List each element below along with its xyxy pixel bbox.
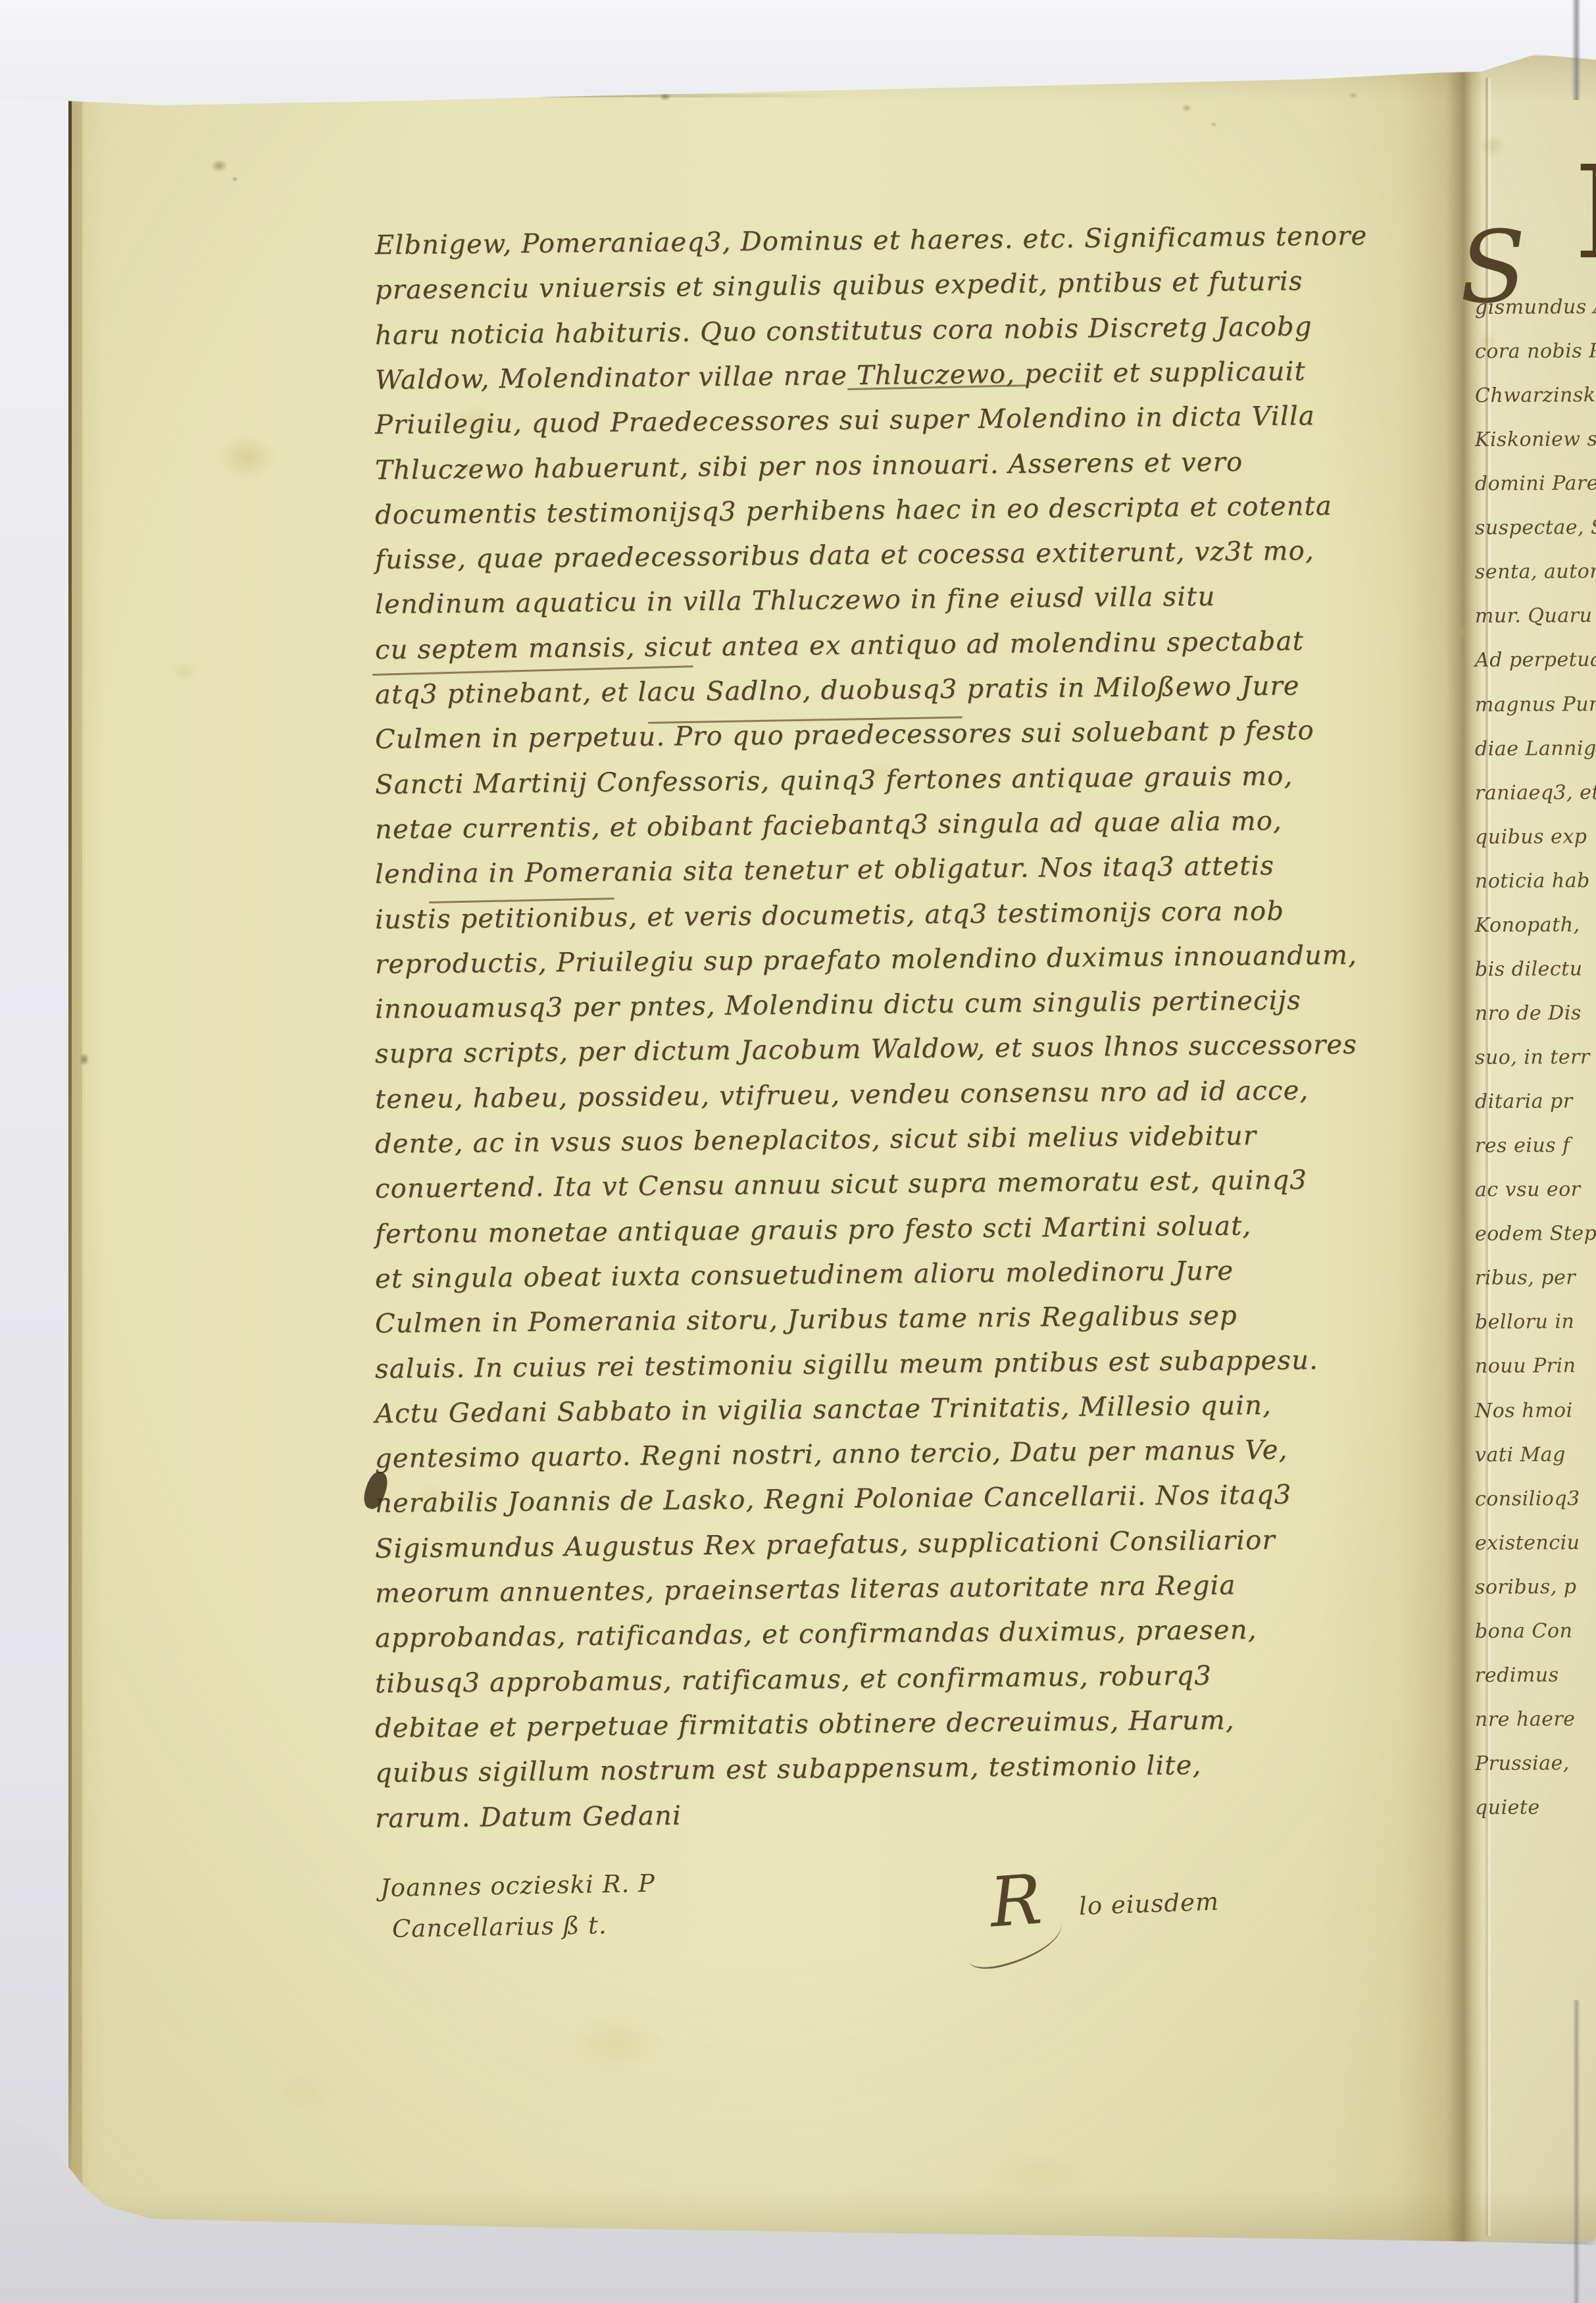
right-page-line: magnus Pur: [1475, 693, 1596, 717]
paper-stain: [566, 2013, 664, 2073]
right-page-line: belloru in: [1475, 1311, 1575, 1334]
page-holder-cord-bottom: [1573, 2000, 1580, 2303]
paper-stain: [1479, 135, 1505, 157]
right-page-line: cora nobis P: [1475, 340, 1596, 363]
paper-stain: [1182, 104, 1192, 112]
right-page-line: suspectae, Su: [1475, 516, 1596, 540]
manuscript-photo: Elbnigew, Pomeraniaeq3, Dominus et haere…: [0, 0, 1596, 2303]
right-page-line: quiete: [1475, 1796, 1540, 1820]
paper-stain: [232, 176, 238, 182]
right-page-initial-letter: S: [1457, 209, 1529, 326]
manuscript-line: rarum. Datum Gedani: [375, 1800, 682, 1833]
right-page-line: redimus: [1475, 1663, 1559, 1687]
paper-stain: [1210, 122, 1217, 127]
paper-stain: [211, 159, 228, 172]
chancellor-signature-title: Cancellarius ß t.: [392, 1911, 607, 1943]
paper-stain: [987, 2152, 1092, 2198]
right-page-line: bona Con: [1475, 1619, 1573, 1643]
right-page-line: nro de Dis: [1475, 1001, 1582, 1025]
right-page-line: ditaria pr: [1475, 1090, 1573, 1113]
right-page-line: noticia hab: [1475, 869, 1590, 893]
paper-stain: [171, 661, 197, 681]
paper-stain: [217, 434, 276, 480]
right-page-line: senta, autor: [1475, 560, 1596, 584]
right-page-line: consilioq3: [1475, 1487, 1580, 1511]
right-page-line: existenciu: [1475, 1531, 1580, 1555]
paper-stain: [276, 2073, 336, 2112]
right-page-line: Konopath,: [1475, 913, 1580, 937]
right-page-line: raniaeq3, et: [1475, 781, 1596, 805]
paper-stain: [1453, 625, 1470, 640]
right-page-line: quibus exp: [1475, 825, 1587, 849]
right-page-line: Kiskoniew si: [1475, 428, 1596, 451]
right-page-line: vati Mag: [1475, 1443, 1566, 1467]
right-page-line: diae Lannig: [1475, 737, 1596, 761]
right-page-line: ribus, per: [1475, 1267, 1576, 1290]
right-page-line: Ad perpetua: [1475, 648, 1596, 672]
right-page-line: nre haere: [1475, 1708, 1576, 1731]
page-holder-cord-top: [1572, 0, 1580, 100]
right-page-line: Chwarzinski: [1475, 384, 1596, 407]
right-page-line: suo, in terr: [1475, 1046, 1590, 1069]
right-page-line: nouu Prin: [1475, 1355, 1576, 1379]
right-page-line: bis dilectu: [1475, 957, 1583, 981]
chancellor-signature-name: Joannes oczieski R. P: [380, 1869, 656, 1902]
right-page-line: ac vsu eor: [1475, 1178, 1581, 1202]
registration-note: lo eiusdem: [1078, 1887, 1219, 1920]
right-page-line: Prussiae,: [1475, 1752, 1570, 1775]
paper-stain: [1349, 92, 1358, 99]
right-page-line: soribus, p: [1475, 1575, 1577, 1599]
background-left: [0, 0, 68, 2303]
right-page-line: mur. Quaru: [1475, 604, 1593, 628]
page-left-edge-tint: [72, 99, 82, 2217]
right-page-line: domini Pare: [1475, 472, 1596, 495]
right-page-line: Nos hmoi: [1475, 1399, 1573, 1423]
right-page-partial-initial: P: [1574, 138, 1596, 288]
right-page-line: res eius f: [1475, 1134, 1570, 1157]
right-page-line: eodem Step: [1475, 1222, 1596, 1246]
